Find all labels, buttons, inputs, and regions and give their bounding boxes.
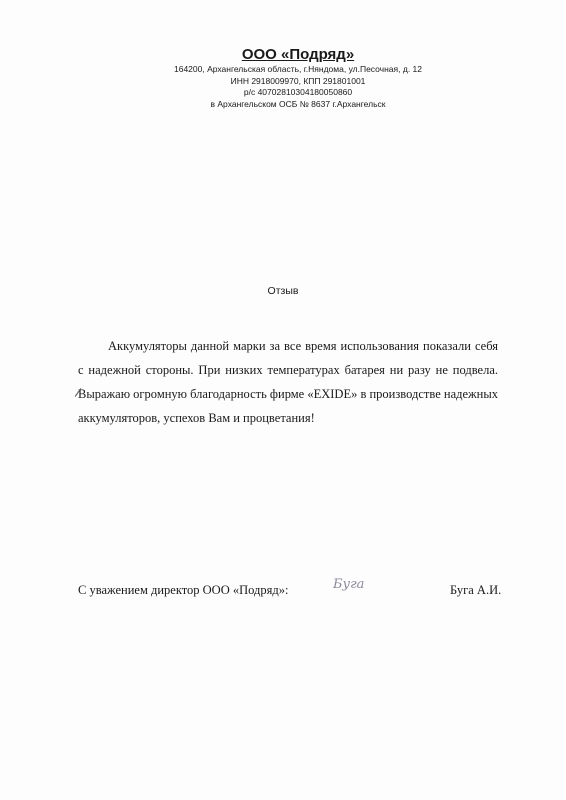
signature-label: С уважением директор ООО «Подряд»: <box>78 583 288 598</box>
document-title: Отзыв <box>0 285 566 297</box>
signer-name: Буга А.И. <box>450 583 501 598</box>
company-name: ООО «Подряд» <box>30 46 566 64</box>
company-address: 164200, Архангельская область, г.Няндома… <box>30 64 566 76</box>
company-inn-kpp: ИНН 2918009970, КПП 291801001 <box>30 76 566 88</box>
company-bank: в Архангельском ОСБ № 8637 г.Архангельск <box>30 99 566 111</box>
body-paragraph: Аккумуляторы данной марки за все время и… <box>78 334 498 430</box>
letterhead: ООО «Подряд» 164200, Архангельская облас… <box>0 46 566 110</box>
handwritten-signature: Буга <box>333 577 364 592</box>
document-body: Аккумуляторы данной марки за все время и… <box>78 334 498 430</box>
company-account: р/с 40702810304180050860 <box>30 87 566 99</box>
